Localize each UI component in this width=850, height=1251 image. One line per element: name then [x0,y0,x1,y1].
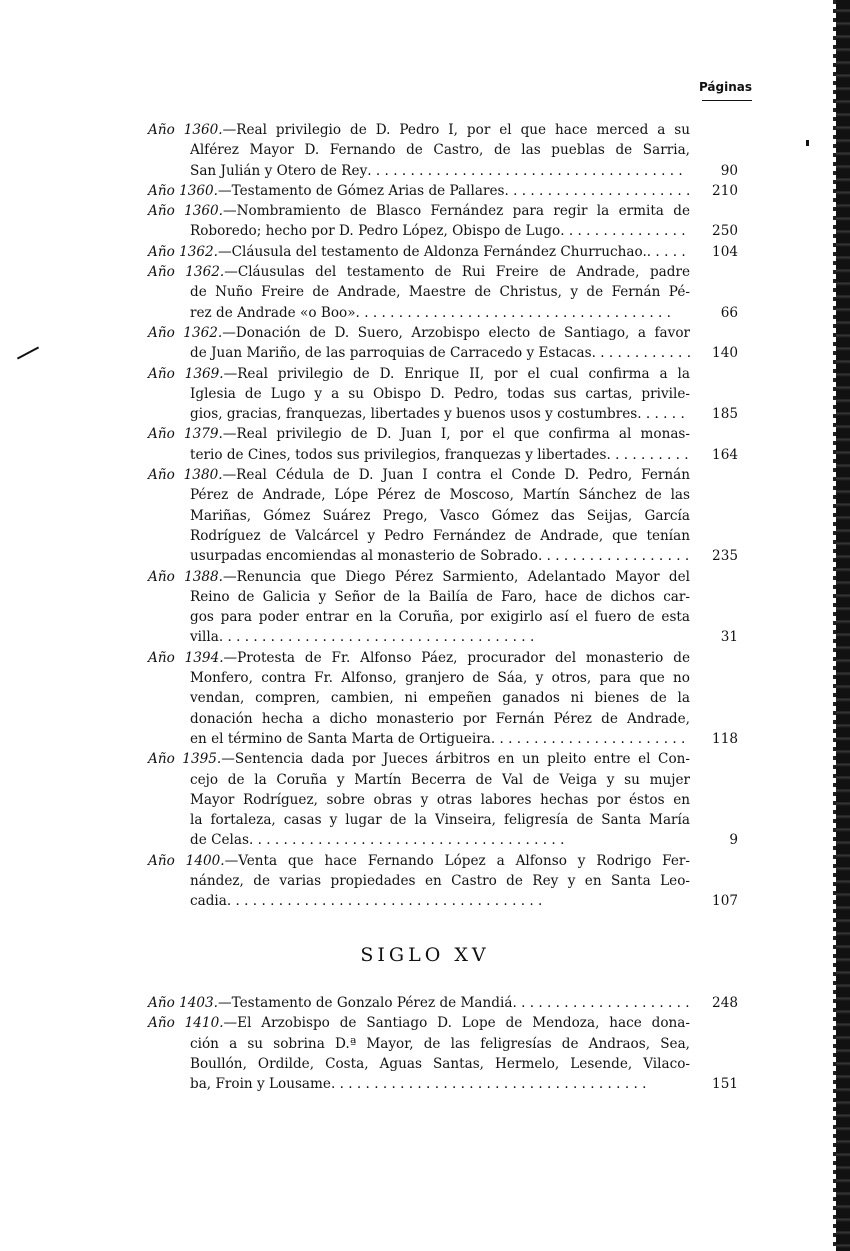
entry-text: Mayor Rodríguez, sobre obras y otras lab… [190,792,690,808]
entry-line: vendan, compren, cambien, ni empeñen gan… [148,688,690,708]
entry-text: ción a su sobrina D.ª Mayor, de las feli… [190,1036,690,1052]
entry-line: Iglesia de Lugo y a su Obispo D. Pedro, … [148,384,690,404]
page-edge-scan-border [836,0,850,1251]
dot-leader [637,404,690,424]
entry-line-last: gios, gracias, franquezas, libertades y … [148,404,690,424]
page-number: 164 [694,445,738,465]
section-title-siglo-xv: SIGLO XV [0,944,850,966]
entry-text: de Juan Mariño, de las parroquias de Car… [190,343,592,363]
entry-text: gios, gracias, franquezas, libertades y … [190,404,637,424]
page-number: 185 [694,404,738,424]
index-entry: Año 1360.—Real privilegio de D. Pedro I,… [148,120,738,181]
index-entry: Año 1388.—Renuncia que Diego Pérez Sarmi… [148,567,738,648]
entry-text: la fortaleza, casas y lugar de la Vinsei… [190,812,690,828]
entry-line-last: ba, Froin y Lousame [148,1074,690,1094]
index-entry: Año 1360.—Nombramiento de Blasco Fernánd… [148,201,738,242]
entry-line-last: Año 1362.—Cláusula del testamento de Ald… [148,242,690,262]
entry-line: gos para poder entrar en la Coruña, por … [148,607,690,627]
entry-text: Mariñas, Gómez Suárez Prego, Vasco Gómez… [190,508,690,524]
entry-year: Año 1410. [148,1015,224,1031]
dot-leader [367,161,690,181]
entry-line: Año 1369.—Real privilegio de D. Enrique … [148,364,690,384]
entry-year: Año 1380. [148,467,223,483]
entry-text: —Real privilegio de D. Juan I, por el qu… [223,426,690,442]
entry-line: Año 1360.—Real privilegio de D. Pedro I,… [148,120,690,140]
entry-text: —Venta que hace Fernando López a Alfonso… [225,853,690,869]
pages-column-header: Páginas [690,80,752,94]
page-number: 248 [694,993,738,1013]
entry-line-last: usurpadas encomiendas al monasterio de S… [148,546,690,566]
entry-year: Año 1360. [148,181,218,201]
entry-text: —Real privilegio de D. Enrique II, por e… [224,366,690,382]
entry-text: —Real Cédula de D. Juan I contra el Cond… [223,467,690,483]
entry-text: usurpadas encomiendas al monasterio de S… [190,546,538,566]
entry-text: de Celas [190,830,249,850]
entry-text: Alférez Mayor D. Fernando de Castro, de … [190,142,690,158]
dot-leader [538,546,690,566]
entry-line-last: San Julián y Otero de Rey [148,161,690,181]
index-entry: Año 1369.—Real privilegio de D. Enrique … [148,364,738,425]
index-entry: Año 1360.—Testamento de Gómez Arias de P… [148,181,738,201]
dot-leader [592,343,690,363]
entry-text: cejo de la Coruña y Martín Becerra de Va… [190,772,690,788]
dot-leader [249,830,690,850]
dot-leader [491,729,690,749]
entry-text: —Cláusulas del testamento de Rui Freire … [224,264,690,280]
entry-text: de Nuño Freire de Andrade, Maestre de Ch… [190,284,690,300]
entry-line: Año 1394.—Protesta de Fr. Alfonso Páez, … [148,648,690,668]
entry-text: Monfero, contra Fr. Alfonso, granjero de… [190,670,690,686]
entry-text: —El Arzobispo de Santiago D. Lope de Men… [224,1015,690,1031]
entry-text: Roboredo; hecho por D. Pedro López, Obis… [190,221,560,241]
entry-line: Año 1362.—Donación de D. Suero, Arzobisp… [148,323,690,343]
entry-year: Año 1403. [148,993,218,1013]
entry-text: —Cláusula del testamento de Aldonza Fern… [218,242,647,262]
entry-text: Reino de Galicia y Señor de la Bailía de… [190,589,690,605]
scan-speck [806,140,809,146]
dot-leader [219,627,690,647]
entry-line: Año 1400.—Venta que hace Fernando López … [148,851,690,871]
entry-text: —Protesta de Fr. Alfonso Páez, procurado… [224,650,690,666]
entry-text: donación hecha a dicho monasterio por Fe… [190,711,690,727]
entry-line-last: cadia [148,891,690,911]
entry-line: Año 1379.—Real privilegio de D. Juan I, … [148,424,690,444]
dot-leader [227,891,690,911]
entry-line: Año 1410.—El Arzobispo de Santiago D. Lo… [148,1013,690,1033]
entry-text: Iglesia de Lugo y a su Obispo D. Pedro, … [190,386,690,402]
entry-line-last: rez de Andrade «o Boo» [148,303,690,323]
index-entry: Año 1395.—Sentencia dada por Jueces árbi… [148,749,738,850]
dot-leader [560,221,690,241]
index-entry: Año 1403.—Testamento de Gonzalo Pérez de… [148,993,738,1013]
page-number: 151 [694,1074,738,1094]
entry-year: Año 1362. [148,264,224,280]
index-entry: Año 1410.—El Arzobispo de Santiago D. Lo… [148,1013,738,1094]
entry-line-last: de Celas [148,830,690,850]
entry-text: gos para poder entrar en la Coruña, por … [190,609,690,625]
entry-year: Año 1400. [148,853,225,869]
entry-line-last: terio de Cines, todos sus privilegios, f… [148,445,690,465]
entry-year: Año 1394. [148,650,224,666]
page-number: 210 [694,181,738,201]
entry-line: ción a su sobrina D.ª Mayor, de las feli… [148,1034,690,1054]
dot-leader [512,993,690,1013]
entry-text: Rodríguez de Valcárcel y Pedro Fernández… [190,528,690,544]
entry-line: donación hecha a dicho monasterio por Fe… [148,709,690,729]
entry-text: San Julián y Otero de Rey [190,161,367,181]
entry-line: Año 1388.—Renuncia que Diego Pérez Sarmi… [148,567,690,587]
book-page: Páginas Año 1360.—Real privilegio de D. … [0,0,850,1251]
page-number: 9 [694,830,738,850]
entry-year: Año 1362. [148,325,222,341]
dot-leader [504,181,690,201]
entry-line: Año 1362.—Cláusulas del testamento de Ru… [148,262,690,282]
entry-text: —Renuncia que Diego Pérez Sarmiento, Ade… [223,569,690,585]
entry-text: Boullón, Ordilde, Costa, Aguas Santas, H… [190,1056,690,1072]
entry-text: —Sentencia dada por Jueces árbitros en u… [221,751,690,767]
entry-line-last: Año 1360.—Testamento de Gómez Arias de P… [148,181,690,201]
entry-text: Pérez de Andrade, Lópe Pérez de Moscoso,… [190,487,690,503]
page-number: 90 [694,161,738,181]
entry-text: cadia [190,891,227,911]
page-number: 31 [694,627,738,647]
index-entry: Año 1394.—Protesta de Fr. Alfonso Páez, … [148,648,738,749]
dot-leader [606,445,690,465]
entry-line: Mayor Rodríguez, sobre obras y otras lab… [148,790,690,810]
entry-line: Año 1395.—Sentencia dada por Jueces árbi… [148,749,690,769]
page-number: 104 [694,242,738,262]
entry-year: Año 1362. [148,242,218,262]
entry-text: vendan, compren, cambien, ni empeñen gan… [190,690,690,706]
index-entry: Año 1362.—Donación de D. Suero, Arzobisp… [148,323,738,364]
entry-line: Pérez de Andrade, Lópe Pérez de Moscoso,… [148,485,690,505]
index-entry: Año 1379.—Real privilegio de D. Juan I, … [148,424,738,465]
index-entry: Año 1400.—Venta que hace Fernando López … [148,851,738,912]
page-number: 107 [694,891,738,911]
entry-text: nández, de varias propiedades en Castro … [190,873,690,889]
entry-text: rez de Andrade «o Boo» [190,303,356,323]
entry-line: de Nuño Freire de Andrade, Maestre de Ch… [148,282,690,302]
entry-text: terio de Cines, todos sus privilegios, f… [190,445,606,465]
entry-year: Año 1360. [148,122,223,138]
dot-leader [356,303,690,323]
entry-line: Reino de Galicia y Señor de la Bailía de… [148,587,690,607]
header-rule [702,100,752,101]
index-section-xv: Año 1403.—Testamento de Gonzalo Pérez de… [148,993,738,1094]
entry-text: —Donación de D. Suero, Arzobispo electo … [222,325,690,341]
entry-line: Rodríguez de Valcárcel y Pedro Fernández… [148,526,690,546]
entry-year: Año 1369. [148,366,224,382]
entry-line-last: villa [148,627,690,647]
page-number: 66 [694,303,738,323]
margin-pencil-mark [17,346,39,359]
index-entry: Año 1362.—Cláusula del testamento de Ald… [148,242,738,262]
entry-line: Alférez Mayor D. Fernando de Castro, de … [148,140,690,160]
entry-text: ba, Froin y Lousame [190,1074,331,1094]
page-number: 140 [694,343,738,363]
entry-line-last: en el término de Santa Marta de Ortiguei… [148,729,690,749]
dot-leader [331,1074,690,1094]
entry-line: Año 1360.—Nombramiento de Blasco Fernánd… [148,201,690,221]
page-number: 235 [694,546,738,566]
entry-text: —Real privilegio de D. Pedro I, por el q… [223,122,690,138]
index-entry: Año 1362.—Cláusulas del testamento de Ru… [148,262,738,323]
entry-year: Año 1395. [148,751,221,767]
entry-line: Año 1380.—Real Cédula de D. Juan I contr… [148,465,690,485]
index-entry: Año 1380.—Real Cédula de D. Juan I contr… [148,465,738,566]
page-number: 118 [694,729,738,749]
entry-year: Año 1360. [148,203,223,219]
entry-line: cejo de la Coruña y Martín Becerra de Va… [148,770,690,790]
entry-year: Año 1379. [148,426,223,442]
entry-text: —Testamento de Gómez Arias de Pallares [218,181,504,201]
entry-line-last: de Juan Mariño, de las parroquias de Car… [148,343,690,363]
page-number: 250 [694,221,738,241]
entry-line-last: Año 1403.—Testamento de Gonzalo Pérez de… [148,993,690,1013]
dot-leader [647,242,690,262]
index-section-xiv: Año 1360.—Real privilegio de D. Pedro I,… [148,120,738,912]
entry-text: villa [190,627,219,647]
entry-line: Boullón, Ordilde, Costa, Aguas Santas, H… [148,1054,690,1074]
entry-text: —Nombramiento de Blasco Fernández para r… [223,203,690,219]
entry-line: nández, de varias propiedades en Castro … [148,871,690,891]
entry-year: Año 1388. [148,569,223,585]
entry-line: la fortaleza, casas y lugar de la Vinsei… [148,810,690,830]
entry-text: en el término de Santa Marta de Ortiguei… [190,729,491,749]
entry-line: Monfero, contra Fr. Alfonso, granjero de… [148,668,690,688]
entry-line-last: Roboredo; hecho por D. Pedro López, Obis… [148,221,690,241]
entry-text: —Testamento de Gonzalo Pérez de Mandiá [218,993,512,1013]
entry-line: Mariñas, Gómez Suárez Prego, Vasco Gómez… [148,506,690,526]
